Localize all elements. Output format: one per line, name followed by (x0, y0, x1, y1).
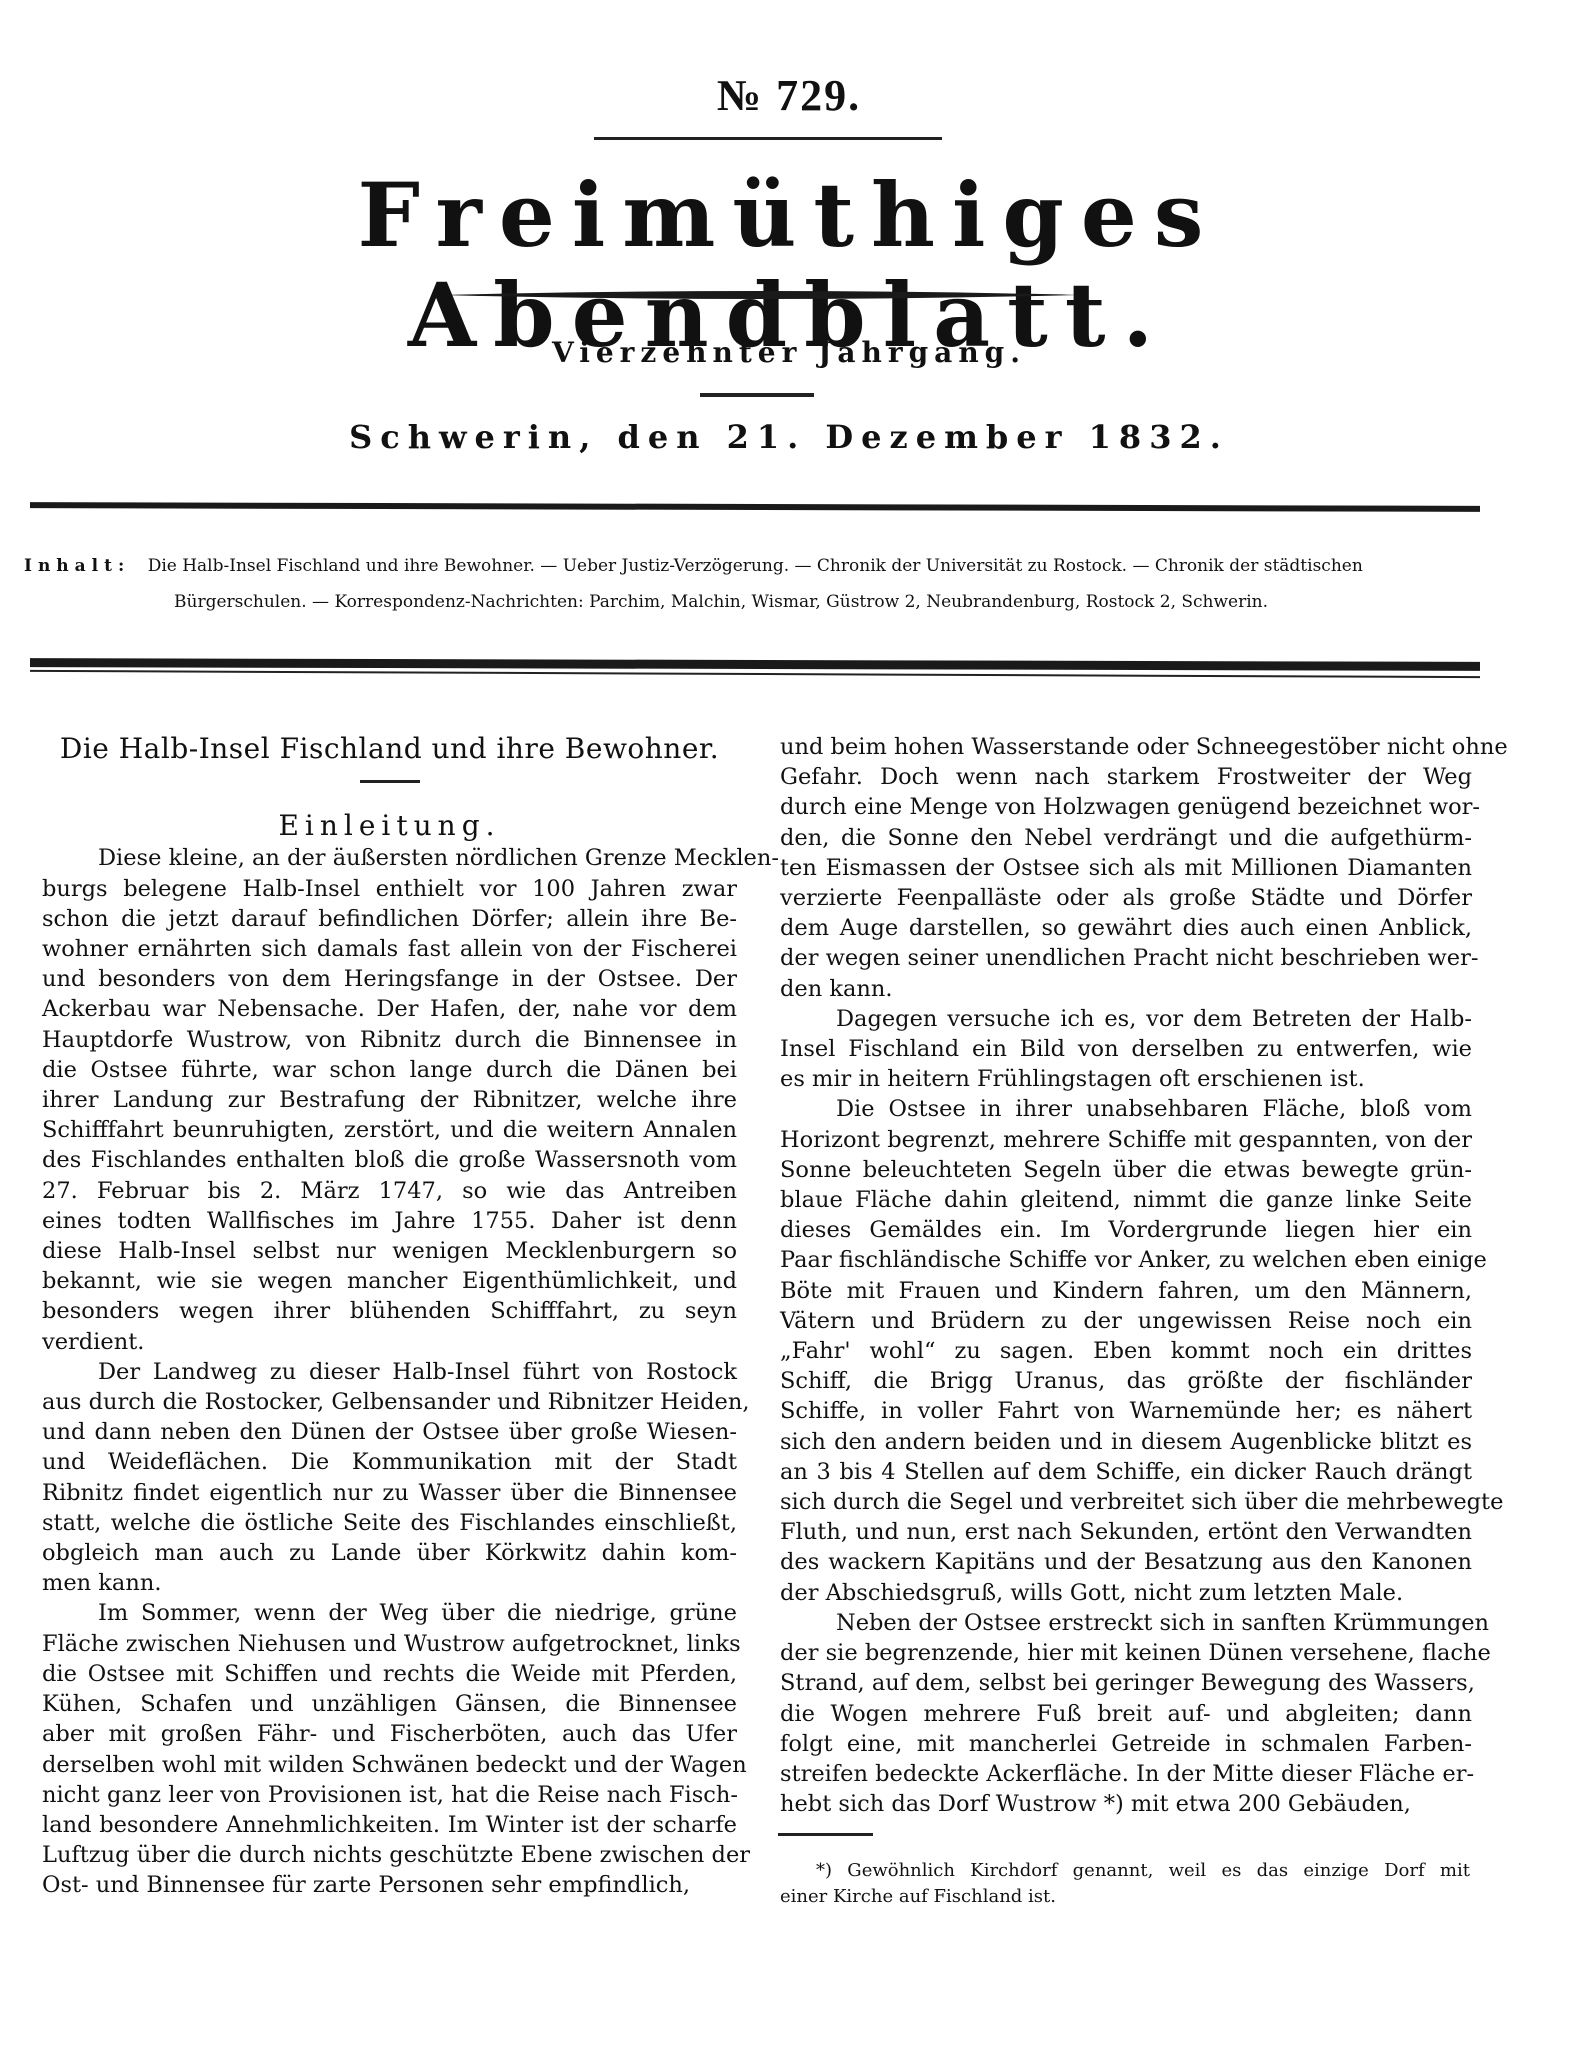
text-line: nicht ganz leer von Provisionen ist, hat… (42, 1780, 737, 1810)
text-line: an 3 bis 4 Stellen auf dem Schiffe, ein … (780, 1457, 1472, 1487)
text-line: Luftzug über die durch nichts geschützte… (42, 1840, 737, 1870)
text-line: statt, welche die östliche Seite des Fis… (42, 1508, 737, 1538)
text-line: Die Ostsee in ihrer unabsehbaren Fläche,… (780, 1094, 1472, 1124)
text-line: Paar fischländische Schiffe vor Anker, z… (780, 1245, 1472, 1275)
text-line: den kann. (780, 974, 1472, 1004)
text-line: eines todten Wallfisches im Jahre 1755. … (42, 1206, 737, 1236)
text-line: der sie begrenzende, hier mit keinen Dün… (780, 1638, 1472, 1668)
text-line: land besondere Annehmlichkeiten. Im Wint… (42, 1810, 737, 1840)
contents-line-1: Die Halb-Insel Fischland und ihre Bewohn… (148, 556, 1363, 576)
text-line: dieses Gemäldes ein. Im Vordergrunde lie… (780, 1215, 1472, 1245)
text-line: Fläche zwischen Niehusen und Wustrow auf… (42, 1629, 737, 1659)
paragraph: Neben der Ostsee erstreckt sich in sanft… (780, 1608, 1472, 1819)
footnote-line: *) Gewöhnlich Kirchdorf genannt, weil es… (780, 1858, 1470, 1884)
text-line: ten Eismassen der Ostsee sich als mit Mi… (780, 853, 1472, 883)
text-line: und dann neben den Dünen der Ostsee über… (42, 1417, 737, 1447)
header-divider (30, 502, 1480, 512)
text-line: der wegen seiner unendlichen Pracht nich… (780, 943, 1472, 973)
contents-line-2: Bürgerschulen. — Korrespondenz-Nachricht… (24, 584, 1494, 620)
text-line: Horizont begrenzt, mehrere Schiffe mit g… (780, 1125, 1472, 1155)
text-line: bekannt, wie sie wegen mancher Eigenthüm… (42, 1266, 737, 1296)
paragraph: Diese kleine, an der äußersten nördliche… (42, 843, 737, 1356)
text-line: Im Sommer, wenn der Weg über die niedrig… (42, 1598, 737, 1628)
paragraph: Der Landweg zu dieser Halb-Insel führt v… (42, 1357, 737, 1599)
text-line: aus durch die Rostocker, Gelbensander un… (42, 1387, 737, 1417)
text-line: obgleich man auch zu Lande über Körkwitz… (42, 1538, 737, 1568)
issue-number: № 729. (0, 70, 1578, 121)
short-rule (700, 393, 814, 397)
text-line: Ackerbau war Nebensache. Der Hafen, der,… (42, 994, 737, 1024)
text-line: des Fischlandes enthalten bloß die große… (42, 1145, 737, 1175)
text-line: Hauptdorfe Wustrow, von Ribnitz durch di… (42, 1025, 737, 1055)
dateline: Schwerin, den 21. Dezember 1832. (0, 418, 1578, 456)
text-line: sich den andern beiden und in diesem Aug… (780, 1427, 1472, 1457)
text-line: Schiff, die Brigg Uranus, das größte der… (780, 1366, 1472, 1396)
text-line: Vätern und Brüdern zu der ungewissen Rei… (780, 1306, 1472, 1336)
text-line: sich durch die Segel und verbreitet sich… (780, 1487, 1472, 1517)
text-line: blaue Fläche dahin gleitend, nimmt die g… (780, 1185, 1472, 1215)
masthead-rule (594, 137, 942, 140)
text-line: und besonders von dem Heringsfange in de… (42, 964, 737, 994)
footnote-line: einer Kirche auf Fischland ist. (780, 1884, 1470, 1910)
text-line: men kann. (42, 1568, 737, 1598)
text-line: dem Auge darstellen, so gewährt dies auc… (780, 913, 1472, 943)
text-line: schon die jetzt darauf befindlichen Dörf… (42, 904, 737, 934)
text-line: und beim hohen Wasserstande oder Schneeg… (780, 732, 1472, 762)
text-line: „Fahr' wohl“ zu sagen. Eben kommt noch e… (780, 1336, 1472, 1366)
text-line: den, die Sonne den Nebel verdrängt und d… (780, 823, 1472, 853)
paragraph: Im Sommer, wenn der Weg über die niedrig… (42, 1598, 737, 1900)
text-line: des wackern Kapitäns und der Besatzung a… (780, 1547, 1472, 1577)
text-line: die Ostsee führte, war schon lange durch… (42, 1055, 737, 1085)
text-line: Schiffe, in voller Fahrt von Warnemünde … (780, 1396, 1472, 1426)
text-line: ihrer Landung zur Bestrafung der Ribnitz… (42, 1085, 737, 1115)
text-line: folgt eine, mit mancherlei Getreide in s… (780, 1729, 1472, 1759)
footnote-rule (778, 1833, 873, 1836)
text-line: Dagegen versuche ich es, vor dem Betrete… (780, 1004, 1472, 1034)
text-line: hebt sich das Dorf Wustrow *) mit etwa 2… (780, 1789, 1472, 1819)
paragraph: Dagegen versuche ich es, vor dem Betrete… (780, 1004, 1472, 1095)
text-line: es mir in heitern Frühlingstagen oft ers… (780, 1064, 1472, 1094)
text-line: aber mit großen Fähr- und Fischerböten, … (42, 1719, 737, 1749)
text-line: 27. Februar bis 2. März 1747, so wie das… (42, 1176, 737, 1206)
contents-divider-thick (30, 658, 1480, 671)
text-line: und Weideflächen. Die Kommunikation mit … (42, 1447, 737, 1477)
ornamental-swell-rule (440, 290, 1080, 300)
text-line: verdient. (42, 1327, 737, 1357)
text-line: Schifffahrt beunruhigten, zerstört, und … (42, 1115, 737, 1145)
text-line: der Abschiedsgruß, wills Gott, nicht zum… (780, 1578, 1472, 1608)
table-of-contents: Inhalt: Die Halb-Insel Fischland und ihr… (24, 548, 1494, 620)
section-title: Einleitung. (42, 811, 737, 841)
text-line: Ribnitz findet eigentlich nur zu Wasser … (42, 1478, 737, 1508)
contents-label: Inhalt: (24, 556, 130, 576)
article-title: Die Halb-Insel Fischland und ihre Bewohn… (42, 734, 737, 764)
text-line: wohner ernährten sich damals fast allein… (42, 934, 737, 964)
text-line: derselben wohl mit wilden Schwänen bedec… (42, 1750, 737, 1780)
text-line: die Ostsee mit Schiffen und rechts die W… (42, 1659, 737, 1689)
text-line: Strand, auf dem, selbst bei geringer Bew… (780, 1668, 1472, 1698)
paragraph: und beim hohen Wasserstande oder Schneeg… (780, 732, 1472, 1004)
text-line: Ost- und Binnensee für zarte Personen se… (42, 1870, 737, 1900)
text-line: verzierte Feenpalläste oder als große St… (780, 883, 1472, 913)
text-line: burgs belegene Halb-Insel enthielt vor 1… (42, 874, 737, 904)
text-line: besonders wegen ihrer blühenden Schifffa… (42, 1296, 737, 1326)
text-line: streifen bedeckte Ackerfläche. In der Mi… (780, 1759, 1472, 1789)
text-line: Sonne beleuchteten Segeln über die etwas… (780, 1155, 1472, 1185)
text-line: Diese kleine, an der äußersten nördliche… (42, 843, 737, 873)
text-line: die Wogen mehrere Fuß breit auf- und abg… (780, 1699, 1472, 1729)
text-line: durch eine Menge von Holzwagen genügend … (780, 792, 1472, 822)
column-right: und beim hohen Wasserstande oder Schneeg… (780, 732, 1472, 1819)
column-left: Die Halb-Insel Fischland und ihre Bewohn… (42, 734, 737, 1901)
text-line: Gefahr. Doch wenn nach starkem Frostweit… (780, 762, 1472, 792)
text-line: Der Landweg zu dieser Halb-Insel führt v… (42, 1357, 737, 1387)
contents-divider-thin (30, 670, 1480, 678)
footnote: *) Gewöhnlich Kirchdorf genannt, weil es… (780, 1858, 1470, 1910)
text-line: diese Halb-Insel selbst nur wenigen Meck… (42, 1236, 737, 1266)
paragraph: Die Ostsee in ihrer unabsehbaren Fläche,… (780, 1094, 1472, 1607)
text-line: Kühen, Schafen und unzähligen Gänsen, di… (42, 1689, 737, 1719)
title-rule (360, 780, 420, 783)
newspaper-title: Freimüthiges Abendblatt. (0, 165, 1578, 365)
text-line: Neben der Ostsee erstreckt sich in sanft… (780, 1608, 1472, 1638)
text-line: Insel Fischland ein Bild von derselben z… (780, 1034, 1472, 1064)
text-line: Böte mit Frauen und Kindern fahren, um d… (780, 1276, 1472, 1306)
text-line: Fluth, und nun, erst nach Sekunden, ertö… (780, 1517, 1472, 1547)
volume-line: Vierzehnter Jahrgang. (0, 336, 1578, 369)
